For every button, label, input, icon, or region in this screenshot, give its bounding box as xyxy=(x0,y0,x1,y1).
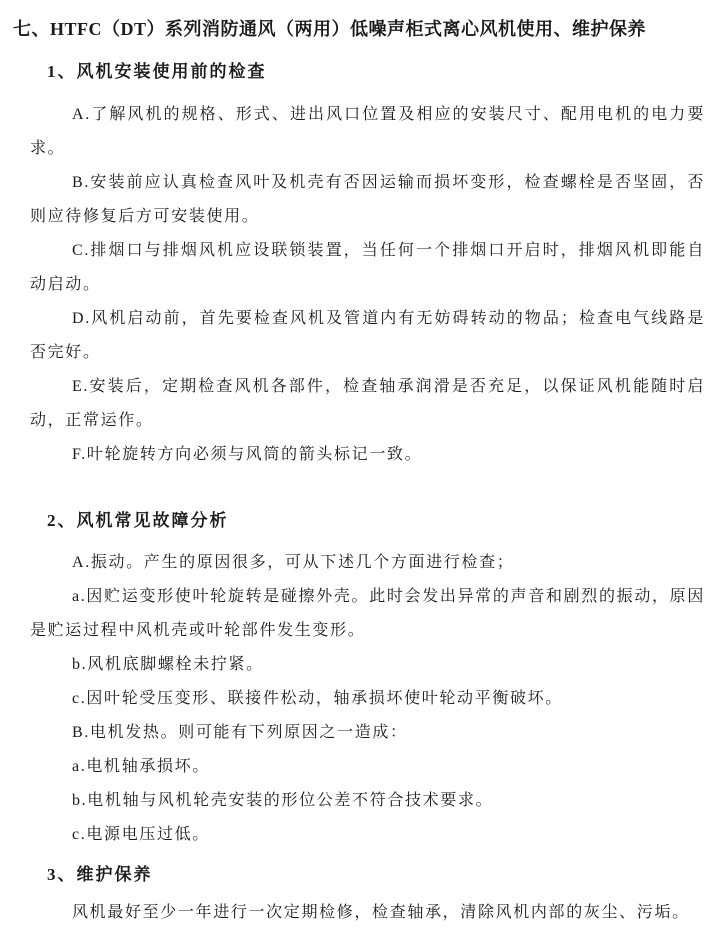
paragraph: b.风机底脚螺栓未拧紧。 xyxy=(30,648,705,682)
paragraph: C.排烟口与排烟风机应设联锁装置，当任何一个排烟口开启时，排烟风机即能自动启动。 xyxy=(30,234,705,302)
paragraph: a.电机轴承损坏。 xyxy=(30,750,705,784)
paragraph: c.因叶轮受压变形、联接件松动，轴承损坏使叶轮动平衡破坏。 xyxy=(30,682,705,716)
section-heading-1: 1、风机安装使用前的检查 xyxy=(47,60,718,84)
paragraph: D.风机启动前，首先要检查风机及管道内有无妨碍转动的物品；检查电气线路是否完好。 xyxy=(30,302,705,370)
section-maintenance: 3、维护保养 风机最好至少一年进行一次定期检修，检查轴承，清除风机内部的灰尘、污… xyxy=(0,863,718,930)
paragraph: B.安装前应认真检查风叶及机壳有否因运输而损坏变形，检查螺栓是否坚固，否则应待修… xyxy=(30,166,705,234)
paragraph: A.了解风机的规格、形式、进出风口位置及相应的安装尺寸、配用电机的电力要求。 xyxy=(30,98,705,166)
section-installation-check: 1、风机安装使用前的检查 A.了解风机的规格、形式、进出风口位置及相应的安装尺寸… xyxy=(0,60,718,472)
paragraph: 风机最好至少一年进行一次定期检修，检查轴承，清除风机内部的灰尘、污垢。 xyxy=(30,896,705,930)
section-heading-2: 2、风机常见故障分析 xyxy=(47,509,718,533)
section-body-3: 风机最好至少一年进行一次定期检修，检查轴承，清除风机内部的灰尘、污垢。 xyxy=(30,896,705,930)
document-page: 七、HTFC（DT）系列消防通风（两用）低噪声柜式离心风机使用、维护保养 1、风… xyxy=(0,0,718,948)
paragraph: F.叶轮旋转方向必须与风筒的箭头标记一致。 xyxy=(30,438,705,472)
paragraph: c.电源电压过低。 xyxy=(30,818,705,852)
section-heading-3: 3、维护保养 xyxy=(47,863,718,887)
paragraph: A.振动。产生的原因很多，可从下述几个方面进行检查； xyxy=(30,546,705,580)
section-body-1: A.了解风机的规格、形式、进出风口位置及相应的安装尺寸、配用电机的电力要求。 B… xyxy=(30,98,705,472)
paragraph: B.电机发热。则可能有下列原因之一造成： xyxy=(30,716,705,750)
paragraph: E.安装后，定期检查风机各部件，检查轴承润滑是否充足，以保证风机能随时启动，正常… xyxy=(30,370,705,438)
paragraph: b.电机轴与风机轮壳安装的形位公差不符合技术要求。 xyxy=(30,784,705,818)
document-title: 七、HTFC（DT）系列消防通风（两用）低噪声柜式离心风机使用、维护保养 xyxy=(13,17,706,41)
section-fault-analysis: 2、风机常见故障分析 A.振动。产生的原因很多，可从下述几个方面进行检查； a.… xyxy=(0,509,718,852)
paragraph: a.因贮运变形使叶轮旋转是碰擦外壳。此时会发出异常的声音和剧烈的振动，原因是贮运… xyxy=(30,580,705,648)
section-body-2: A.振动。产生的原因很多，可从下述几个方面进行检查； a.因贮运变形使叶轮旋转是… xyxy=(30,546,705,852)
